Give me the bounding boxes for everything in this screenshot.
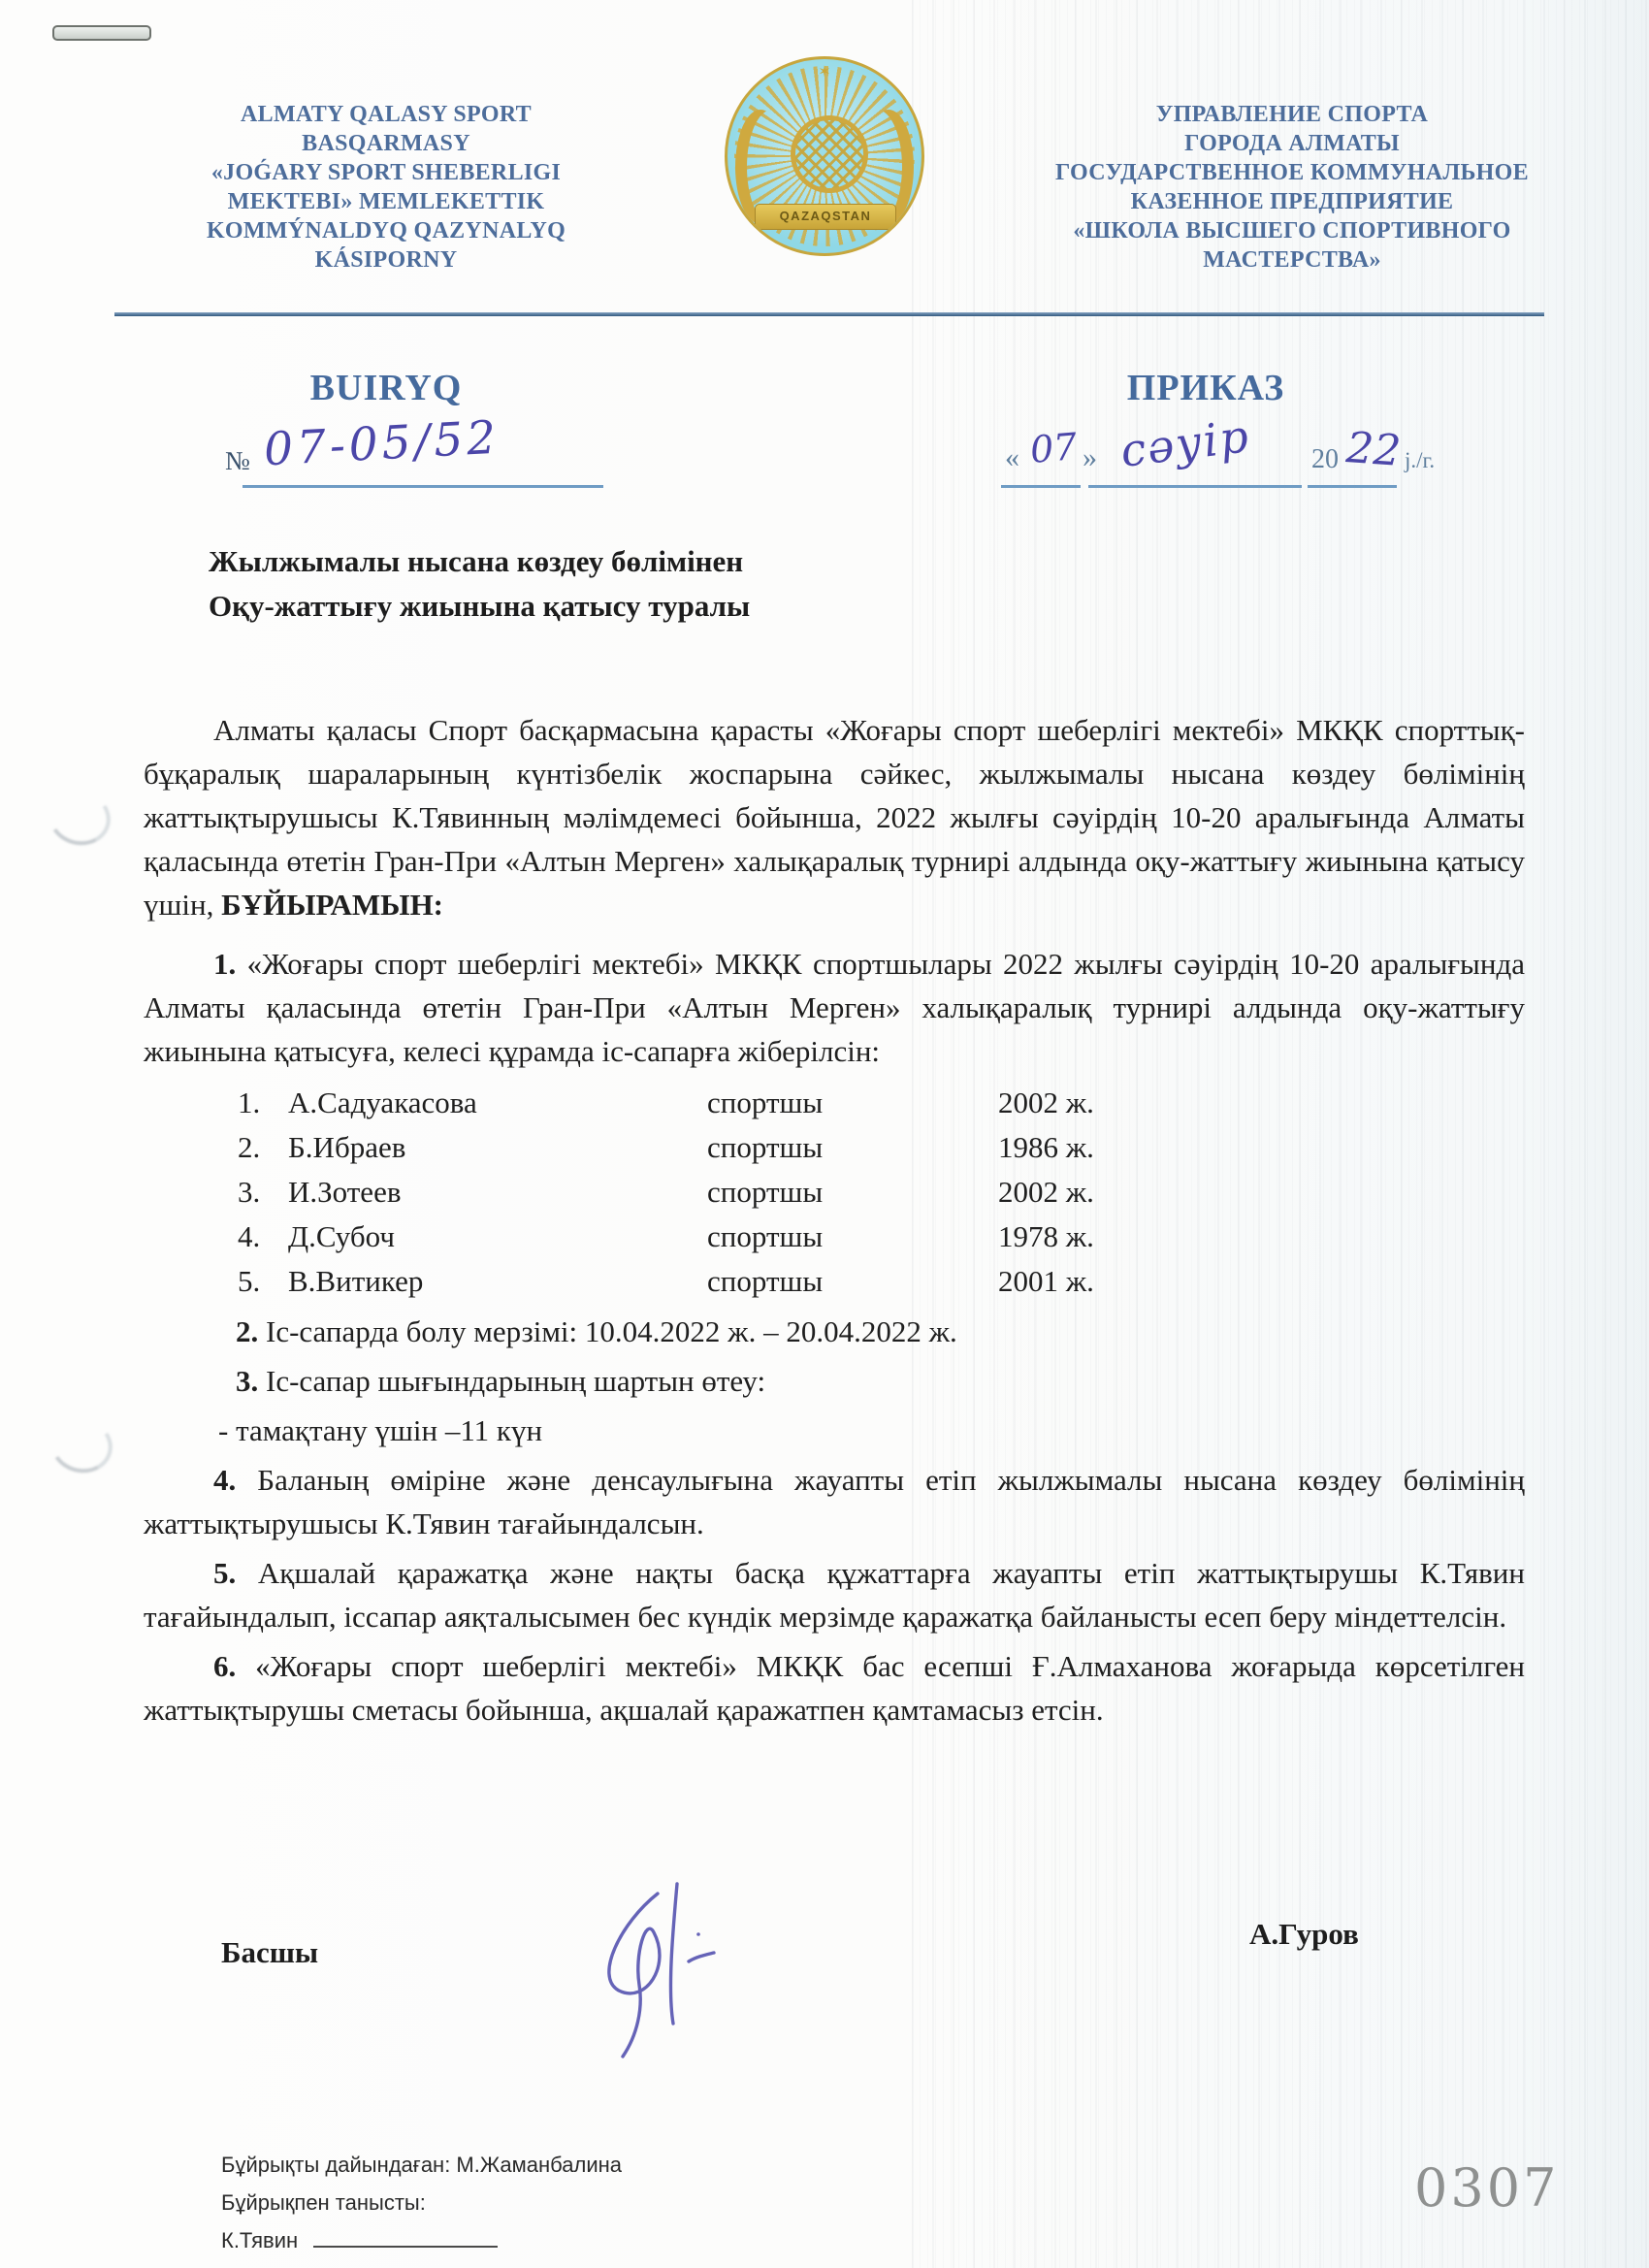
punch-hole-bottom (45, 1411, 118, 1479)
date-day-handwritten: 07 (1028, 425, 1079, 471)
point-5-paragraph: 5. Ақшалай қаражатқа және нақты басқа құ… (144, 1551, 1525, 1638)
org-ru-line-1: УПРАВЛЕНИЕ СПОРТА (1001, 100, 1583, 129)
org-ru-line-2: ГОРОДА АЛМАТЫ (1001, 129, 1583, 158)
point-1-text: «Жоғары спорт шеберлігі мектебі» МКҚК сп… (144, 947, 1525, 1068)
intro-paragraph: Алматы қаласы Спорт басқармасына қарасты… (144, 708, 1525, 926)
signature-name: А.Гуров (1249, 1917, 1359, 1952)
point-1-paragraph: 1. «Жоғары спорт шеберлігі мектебі» МКҚК… (144, 942, 1525, 1073)
point-3-text: Іс-сапар шығындарының шартын өтеу: (266, 1364, 765, 1398)
emblem-circle: ✶ QAZAQSTAN (725, 56, 924, 256)
point-2-text: Іс-сапарда болу мерзімі: 10.04.2022 ж. –… (266, 1314, 957, 1348)
athlete-name: И.Зотеев (288, 1170, 707, 1215)
org-kk-line-3: «JOǴARY SPORT SHEBERLIGI (134, 158, 638, 187)
athlete-name: Б.Ибраев (288, 1125, 707, 1170)
order-title-kazakh: BUIRYQ (134, 367, 638, 409)
athlete-role: спортшы (707, 1081, 998, 1125)
date-year-handwritten: 22 (1344, 423, 1402, 476)
point-3-line: 3. Іс-сапар шығындарының шартын өтеу: (144, 1359, 1525, 1403)
date-underline-month (1088, 485, 1302, 488)
org-kk-line-5: KOMMÝNALDYQ QAZYNALYQ (134, 216, 638, 245)
org-kk-line-4: MEKTEBI» MEMLEKETTIK (134, 187, 638, 216)
footer-acquainted-line: Бұйрықпен танысты: (221, 2184, 622, 2221)
athletes-list: 1. А.Садуакасова спортшы 2002 ж. 2. Б.Иб… (144, 1081, 1525, 1304)
footer-signer-line: К.Тявин (221, 2221, 622, 2259)
org-ru-line-3: ГОСУДАРСТВЕННОЕ КОММУНАЛЬНОЕ (1001, 158, 1583, 187)
org-ru-line-4: КАЗЕННОЕ ПРЕДПРИЯТИЕ (1001, 187, 1583, 216)
org-kk-line-1: ALMATY QALASY SPORT (134, 100, 638, 129)
athlete-row: 4. Д.Субоч спортшы 1978 ж. (144, 1215, 1525, 1259)
athlete-role: спортшы (707, 1125, 998, 1170)
subject-line-1: Жылжымалы нысана көздеу бөлімінен (209, 539, 750, 584)
athlete-year: 1978 ж. (998, 1215, 1094, 1259)
date-underline-year (1308, 485, 1397, 488)
athlete-row: 5. В.Витикер спортшы 2001 ж. (144, 1259, 1525, 1304)
athlete-year: 1986 ж. (998, 1125, 1094, 1170)
point-3-label: 3. (236, 1364, 258, 1398)
order-number-underline (242, 485, 603, 488)
athlete-number: 5. (238, 1259, 288, 1304)
date-open-quote: « (1005, 441, 1019, 474)
order-command-word: БҰЙЫРАМЫН: (221, 888, 443, 922)
header-divider-line (114, 312, 1544, 316)
emblem-shanyrak-icon (791, 115, 868, 193)
footer-signer-name: К.Тявин (221, 2228, 298, 2252)
org-kk-line-2: BASQARMASY (134, 129, 638, 158)
point-2-line: 2. Іс-сапарда болу мерзімі: 10.04.2022 ж… (144, 1310, 1525, 1353)
date-month-handwritten: сәуір (1117, 409, 1252, 477)
athlete-row: 2. Б.Ибраев спортшы 1986 ж. (144, 1125, 1525, 1170)
point-4-label: 4. (213, 1463, 236, 1497)
org-name-kazakh: ALMATY QALASY SPORT BASQARMASY «JOǴARY S… (134, 100, 638, 275)
kazakhstan-coat-of-arms: ✶ QAZAQSTAN (725, 56, 924, 295)
emblem-star-icon: ✶ (727, 62, 921, 81)
page-stamp-number: 0307 (1414, 2157, 1559, 2219)
director-signature-autograph (543, 1872, 776, 2076)
footer-block: Бұйрықты дайындаған: М.Жаманбалина Бұйры… (221, 2146, 622, 2259)
athlete-name: В.Витикер (288, 1259, 707, 1304)
point-5-label: 5. (213, 1556, 236, 1590)
signer-signature-blank (313, 2226, 498, 2248)
athlete-number: 3. (238, 1170, 288, 1215)
athlete-name: Д.Субоч (288, 1215, 707, 1259)
athlete-role: спортшы (707, 1259, 998, 1304)
point-5-text: Ақшалай қаражатқа және нақты басқа құжат… (144, 1556, 1525, 1634)
point-2-label: 2. (236, 1314, 258, 1348)
date-year-printed: 20 (1311, 444, 1339, 475)
org-ru-line-5: «ШКОЛА ВЫСШЕГО СПОРТИВНОГО (1001, 216, 1583, 245)
order-subject: Жылжымалы нысана көздеу бөлімінен Оқу-жа… (209, 539, 750, 629)
point-6-paragraph: 6. «Жоғары спорт шеберлігі мектебі» МКҚК… (144, 1644, 1525, 1732)
punch-hole-top (43, 784, 116, 852)
order-title-russian: ПРИКАЗ (934, 367, 1477, 409)
athlete-role: спортшы (707, 1170, 998, 1215)
athlete-year: 2002 ж. (998, 1081, 1094, 1125)
point-6-text: «Жоғары спорт шеберлігі мектебі» МКҚК ба… (144, 1649, 1525, 1727)
org-kk-line-6: KÁSIPORNY (134, 245, 638, 275)
scanned-order-document: ALMATY QALASY SPORT BASQARMASY «JOǴARY S… (0, 0, 1649, 2268)
order-number-label: № (225, 446, 250, 476)
point-4-paragraph: 4. Баланың өміріне және денсаулығына жау… (144, 1458, 1525, 1545)
athlete-name: А.Садуакасова (288, 1081, 707, 1125)
emblem-banner: QAZAQSTAN (755, 204, 896, 230)
subject-line-2: Оқу-жаттығу жиынына қатысу туралы (209, 584, 750, 629)
point-6-label: 6. (213, 1649, 236, 1683)
athlete-row: 1. А.Садуакасова спортшы 2002 ж. (144, 1081, 1525, 1125)
athlete-number: 1. (238, 1081, 288, 1125)
signature-title: Басшы (221, 1935, 318, 1970)
date-underline-day (1001, 485, 1081, 488)
athlete-role: спортшы (707, 1215, 998, 1259)
per-diem-line: - тамақтану үшін –11 күн (144, 1409, 1525, 1452)
order-number-handwritten: 07-05/52 (263, 411, 501, 477)
order-body: Алматы қаласы Спорт басқармасына қарасты… (144, 708, 1525, 1732)
athlete-row: 3. И.Зотеев спортшы 2002 ж. (144, 1170, 1525, 1215)
athlete-year: 2002 ж. (998, 1170, 1094, 1215)
staple-mark (52, 25, 151, 41)
org-ru-line-6: МАСТЕРСТВА» (1001, 245, 1583, 275)
point-4-text: Баланың өміріне және денсаулығына жауапт… (144, 1463, 1525, 1540)
athlete-number: 2. (238, 1125, 288, 1170)
org-name-russian: УПРАВЛЕНИЕ СПОРТА ГОРОДА АЛМАТЫ ГОСУДАРС… (1001, 100, 1583, 275)
footer-prepared-line: Бұйрықты дайындаған: М.Жаманбалина (221, 2146, 622, 2184)
athlete-number: 4. (238, 1215, 288, 1259)
date-close-quote: » (1083, 441, 1097, 474)
point-1-label: 1. (213, 947, 236, 981)
athlete-year: 2001 ж. (998, 1259, 1094, 1304)
date-suffix: j./г. (1405, 448, 1435, 473)
